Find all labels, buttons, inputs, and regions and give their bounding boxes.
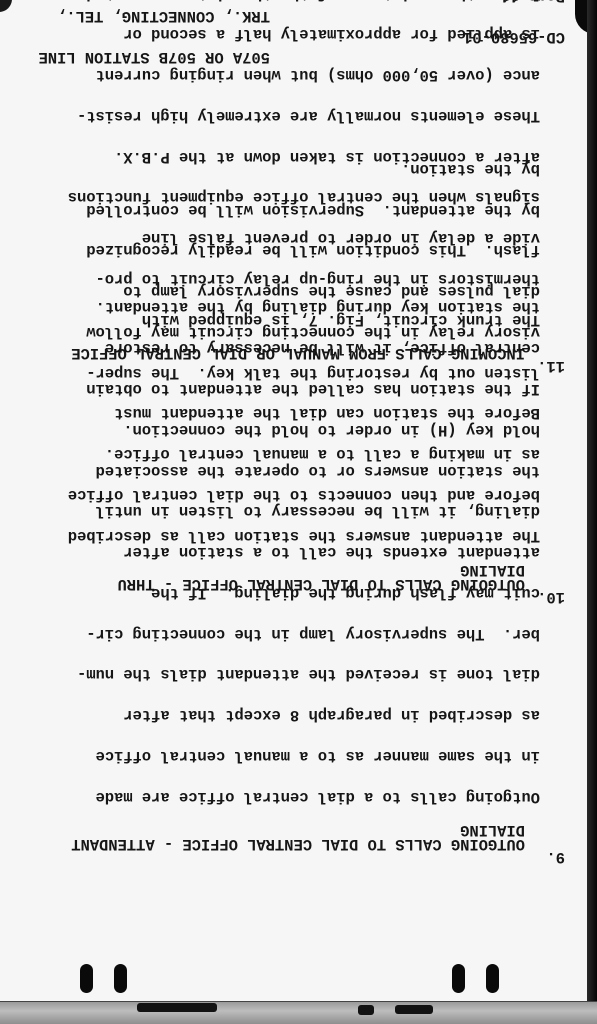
scanned-page: 9. OUTGOING CALLS TO DIAL CENTRAL OFFICE… bbox=[0, 0, 597, 1024]
text-line: before and then connects to the dial cen… bbox=[68, 487, 540, 501]
text-line: Before the station can dial the attendan… bbox=[68, 406, 540, 420]
footer-title-line: 507A OR 507B STATION LINE bbox=[2, 49, 270, 63]
text-line: dial tone is received the attendant dial… bbox=[77, 667, 540, 681]
section-number: 10. bbox=[537, 590, 565, 604]
text-line: as described in paragraph 8 except that … bbox=[77, 708, 540, 722]
text-line: signals when the central office equipmen… bbox=[68, 190, 540, 204]
text-line: in the same manner as to a manual centra… bbox=[77, 748, 540, 762]
section-number: 9. bbox=[546, 850, 565, 864]
text-line: ber. The supervisory lamp in the connect… bbox=[77, 626, 540, 640]
text-line: after a connection is taken down at the … bbox=[68, 149, 540, 163]
text-line: The trunk circuit, Fig. 7, is equipped w… bbox=[68, 312, 540, 326]
page-footer-id: CD-65680-01 Page 11 bbox=[463, 0, 565, 70]
text-line: listen out by restoring the talk key. Th… bbox=[68, 365, 540, 379]
section-number: 11. bbox=[537, 359, 565, 373]
text-line: Outgoing calls to a dial central office … bbox=[77, 789, 540, 803]
text-line: The attendant answers the station call a… bbox=[68, 528, 540, 542]
section-heading: 10. OUTGOING CALLS TO DIAL CENTRAL OFFIC… bbox=[509, 563, 565, 617]
footer-title-line: TRK., CONNECTING, TEL., bbox=[2, 8, 270, 22]
page-number: Page 11 bbox=[463, 0, 565, 2]
section-heading: 9. OUTGOING CALLS TO DIAL CENTRAL OFFICE… bbox=[509, 823, 565, 877]
page-footer-title: 507A OR 507B STATION LINE TRK., CONNECTI… bbox=[2, 0, 270, 90]
document-content-rotated: 9. OUTGOING CALLS TO DIAL CENTRAL OFFICE… bbox=[0, 0, 597, 1024]
text-line: thermistors in the ring-up relay circuit… bbox=[68, 271, 540, 285]
text-line: as in making a call to a manual central … bbox=[68, 447, 540, 461]
text-line: These elements normally are extremely hi… bbox=[68, 108, 540, 122]
text-line: vide a delay in order to prevent false l… bbox=[68, 231, 540, 245]
document-number: CD-65680-01 bbox=[463, 29, 565, 43]
